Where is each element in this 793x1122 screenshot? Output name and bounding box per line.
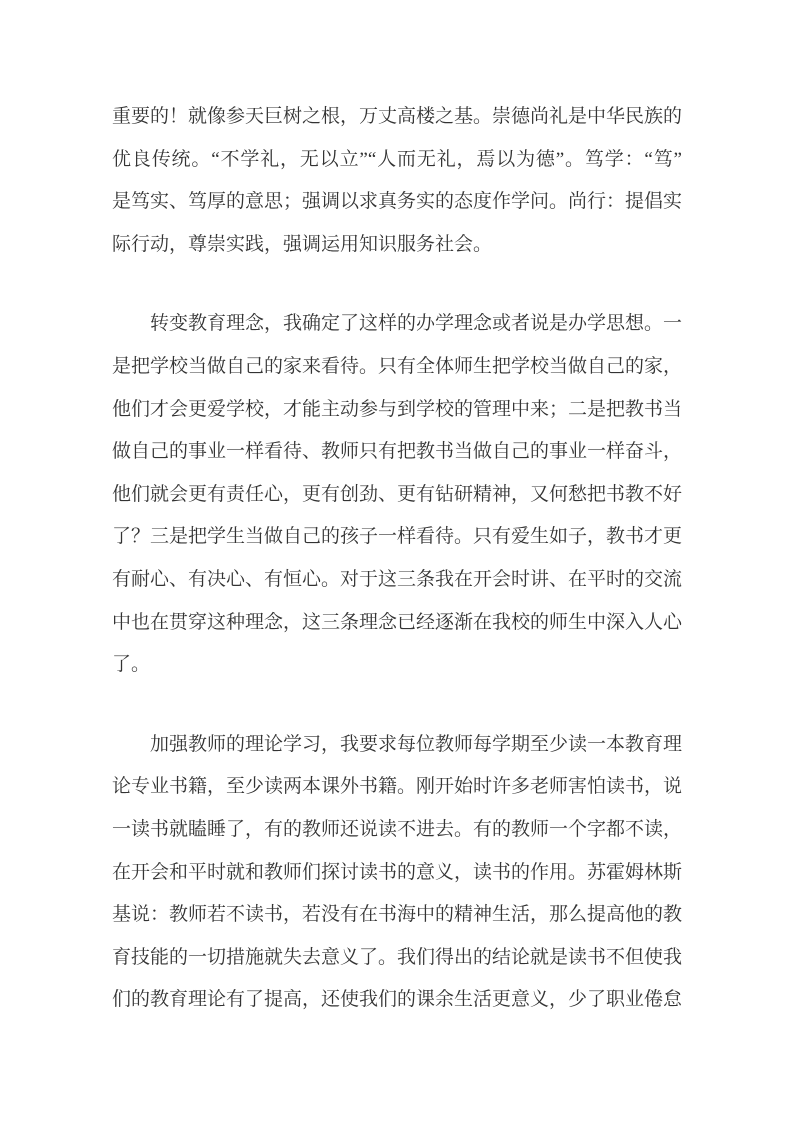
text-line: 基说：教师若不读书，若没有在书海中的精神生活，那么提高他的教 (112, 894, 682, 937)
document-page: 重要的！就像参天巨树之根，万丈高楼之基。崇德尚礼是中华民族的优良传统。“不学礼，… (0, 0, 793, 1122)
text-line: 了。 (112, 644, 682, 687)
text-line: 在开会和平时就和教师们探讨读书的意义，读书的作用。苏霍姆林斯 (112, 852, 682, 895)
text-line: 有耐心、有决心、有恒心。对于这三条我在开会时讲、在平时的交流 (112, 559, 682, 602)
text-line: 做自己的事业一样看待、教师只有把教书当做自己的事业一样奋斗， (112, 431, 682, 474)
text-line: 了？三是把学生当做自己的孩子一样看待。只有爱生如子，教书才更 (112, 516, 682, 559)
text-line: 是笃实、笃厚的意思；强调以求真务实的态度作学问。尚行：提倡实 (112, 181, 682, 224)
text-line: 中也在贯穿这种理念，这三条理念已经逐渐在我校的师生中深入人心 (112, 602, 682, 645)
text-line: 他们才会更爱学校，才能主动参与到学校的管理中来；二是把教书当 (112, 389, 682, 432)
text-line: 一读书就瞌睡了，有的教师还说读不进去。有的教师一个字都不读， (112, 809, 682, 852)
text-line: 际行动，尊崇实践，强调运用知识服务社会。 (112, 224, 682, 267)
paragraph: 转变教育理念，我确定了这样的办学理念或者说是办学思想。一是把学校当做自己的家来看… (112, 303, 682, 686)
text-line: 转变教育理念，我确定了这样的办学理念或者说是办学思想。一 (112, 303, 682, 346)
text-line: 加强教师的理论学习，我要求每位教师每学期至少读一本教育理 (112, 724, 682, 767)
text-line: 他们就会更有责任心，更有创劲、更有钻研精神，又何愁把书教不好 (112, 474, 682, 517)
text-line: 论专业书籍，至少读两本课外书籍。刚开始时许多老师害怕读书，说 (112, 766, 682, 809)
text-line: 们的教育理论有了提高，还使我们的课余生活更意义，少了职业倦怠 (112, 979, 682, 1022)
text-line: 重要的！就像参天巨树之根，万丈高楼之基。崇德尚礼是中华民族的 (112, 96, 682, 139)
document-content: 重要的！就像参天巨树之根，万丈高楼之基。崇德尚礼是中华民族的优良传统。“不学礼，… (112, 96, 682, 1022)
text-line: 是把学校当做自己的家来看待。只有全体师生把学校当做自己的家， (112, 346, 682, 389)
text-line: 优良传统。“不学礼，无以立”“人而无礼，焉以为德”。笃学：“笃” (112, 139, 682, 182)
paragraph: 重要的！就像参天巨树之根，万丈高楼之基。崇德尚礼是中华民族的优良传统。“不学礼，… (112, 96, 682, 266)
text-line: 育技能的一切措施就失去意义了。我们得出的结论就是读书不但使我 (112, 937, 682, 980)
paragraph: 加强教师的理论学习，我要求每位教师每学期至少读一本教育理论专业书籍，至少读两本课… (112, 724, 682, 1022)
